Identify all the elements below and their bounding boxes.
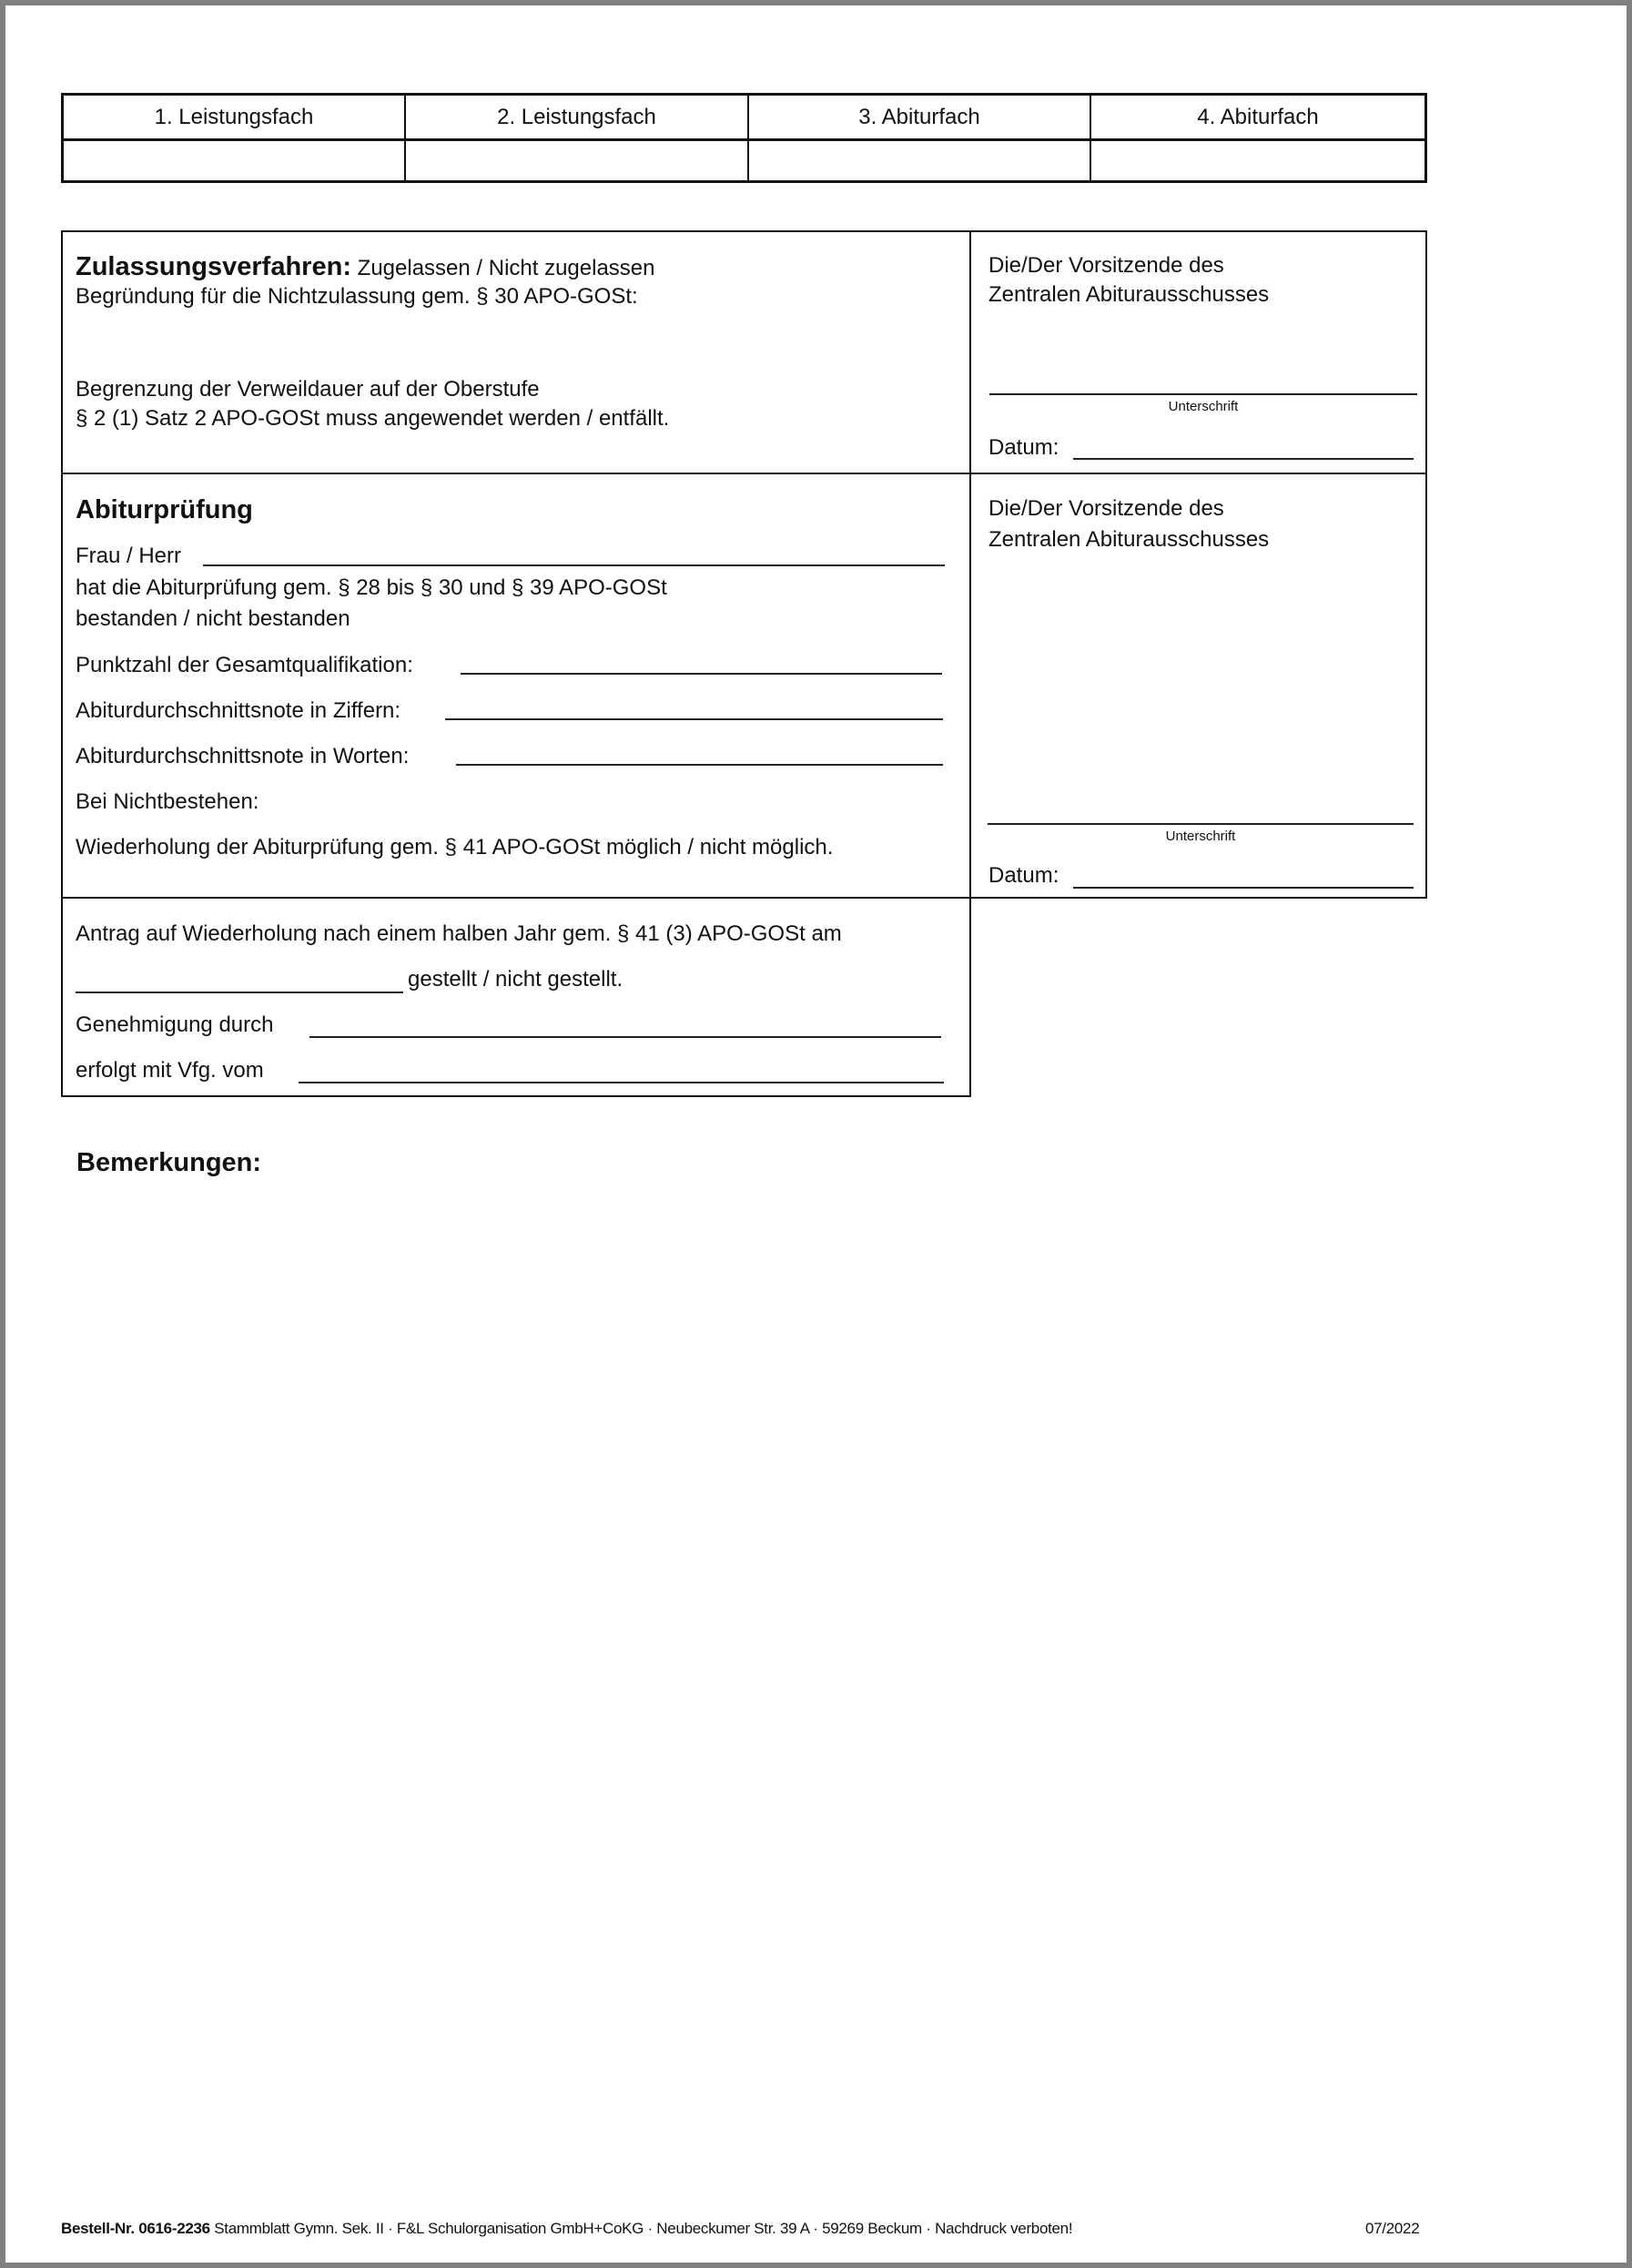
zulassung-options[interactable]: Zugelassen / Nicht zugelassen xyxy=(358,256,655,280)
abitur-date-label: Datum: xyxy=(988,863,1059,890)
zulassung-title: Zulassungsverfahren: xyxy=(76,252,351,281)
abitur-passed-line1: hat die Abiturprüfung gem. § 28 bis § 30… xyxy=(76,575,667,602)
footer-publisher: Stammblatt Gymn. Sek. II · F&L Schulorga… xyxy=(214,2220,1072,2237)
subject-header-3: 3. Abiturfach xyxy=(747,96,1090,141)
abitur-name-field[interactable] xyxy=(203,564,945,566)
document-page: 1. Leistungsfach 2. Leistungsfach 3. Abi… xyxy=(5,5,1627,2263)
subject-field-2[interactable] xyxy=(404,141,747,180)
zulassung-heading: Zulassungsverfahren: Zugelassen / Nicht … xyxy=(76,251,655,283)
antrag-date-field[interactable] xyxy=(76,992,403,993)
zulassung-signature-line[interactable] xyxy=(989,393,1417,395)
abitur-chair-line1: Die/Der Vorsitzende des xyxy=(988,496,1224,523)
remarks-title: Bemerkungen: xyxy=(76,1147,261,1179)
abitur-title: Abiturprüfung xyxy=(76,494,253,526)
antrag-approval-label: Genehmigung durch xyxy=(76,1012,273,1039)
abitur-date-field[interactable] xyxy=(1073,887,1414,889)
zulassung-chair-line2: Zentralen Abiturausschusses xyxy=(988,282,1269,309)
abitur-signature-line[interactable] xyxy=(988,823,1414,825)
zulassung-signature-caption: Unterschrift xyxy=(989,399,1417,415)
subject-field-4[interactable] xyxy=(1090,141,1424,180)
abitur-chair-line2: Zentralen Abiturausschusses xyxy=(988,527,1269,554)
subjects-table: 1. Leistungsfach 2. Leistungsfach 3. Abi… xyxy=(61,93,1427,183)
abitur-score-label: Punktzahl der Gesamtqualifikation: xyxy=(76,653,413,679)
antrag-decree-label: erfolgt mit Vfg. vom xyxy=(76,1058,264,1084)
footer-order-no: Bestell-Nr. 0616-2236 xyxy=(61,2220,210,2237)
abitur-grade-words-label: Abiturdurchschnittsnote in Worten: xyxy=(76,744,409,770)
subject-field-1[interactable] xyxy=(64,141,404,180)
abitur-score-field[interactable] xyxy=(461,673,942,675)
remarks-area[interactable] xyxy=(76,1189,1424,2191)
zulassung-chair-line1: Die/Der Vorsitzende des xyxy=(988,253,1224,280)
subject-header-2: 2. Leistungsfach xyxy=(404,96,747,141)
abitur-grade-digits-label: Abiturdurchschnittsnote in Ziffern: xyxy=(76,698,400,725)
zulassung-limit-line2[interactable]: § 2 (1) Satz 2 APO-GOSt muss angewendet … xyxy=(76,406,669,432)
antrag-status[interactable]: gestellt / nicht gestellt. xyxy=(408,967,623,993)
footer-date: 07/2022 xyxy=(1365,2220,1419,2238)
abitur-fail-label: Bei Nichtbestehen: xyxy=(76,789,258,816)
antrag-approval-field[interactable] xyxy=(309,1036,941,1038)
zulassung-reason-label: Begründung für die Nichtzulassung gem. §… xyxy=(76,284,638,310)
antrag-decree-field[interactable] xyxy=(299,1082,944,1083)
subject-field-3[interactable] xyxy=(747,141,1090,180)
zulassung-limit-line1: Begrenzung der Verweildauer auf der Ober… xyxy=(76,377,540,403)
zulassung-date-field[interactable] xyxy=(1073,458,1414,460)
abitur-name-label: Frau / Herr xyxy=(76,544,181,570)
antrag-line1: Antrag auf Wiederholung nach einem halbe… xyxy=(76,921,842,948)
abitur-repeat-label[interactable]: Wiederholung der Abiturprüfung gem. § 41… xyxy=(76,835,833,861)
zulassung-date-label: Datum: xyxy=(988,435,1059,462)
footer-text: Bestell-Nr. 0616-2236 Stammblatt Gymn. S… xyxy=(61,2220,1072,2238)
subject-header-1: 1. Leistungsfach xyxy=(64,96,404,141)
subject-header-4: 4. Abiturfach xyxy=(1090,96,1424,141)
abitur-grade-digits-field[interactable] xyxy=(445,718,943,720)
abitur-grade-words-field[interactable] xyxy=(456,764,943,766)
abitur-passed-line2[interactable]: bestanden / nicht bestanden xyxy=(76,606,350,633)
abitur-signature-caption: Unterschrift xyxy=(988,829,1414,845)
